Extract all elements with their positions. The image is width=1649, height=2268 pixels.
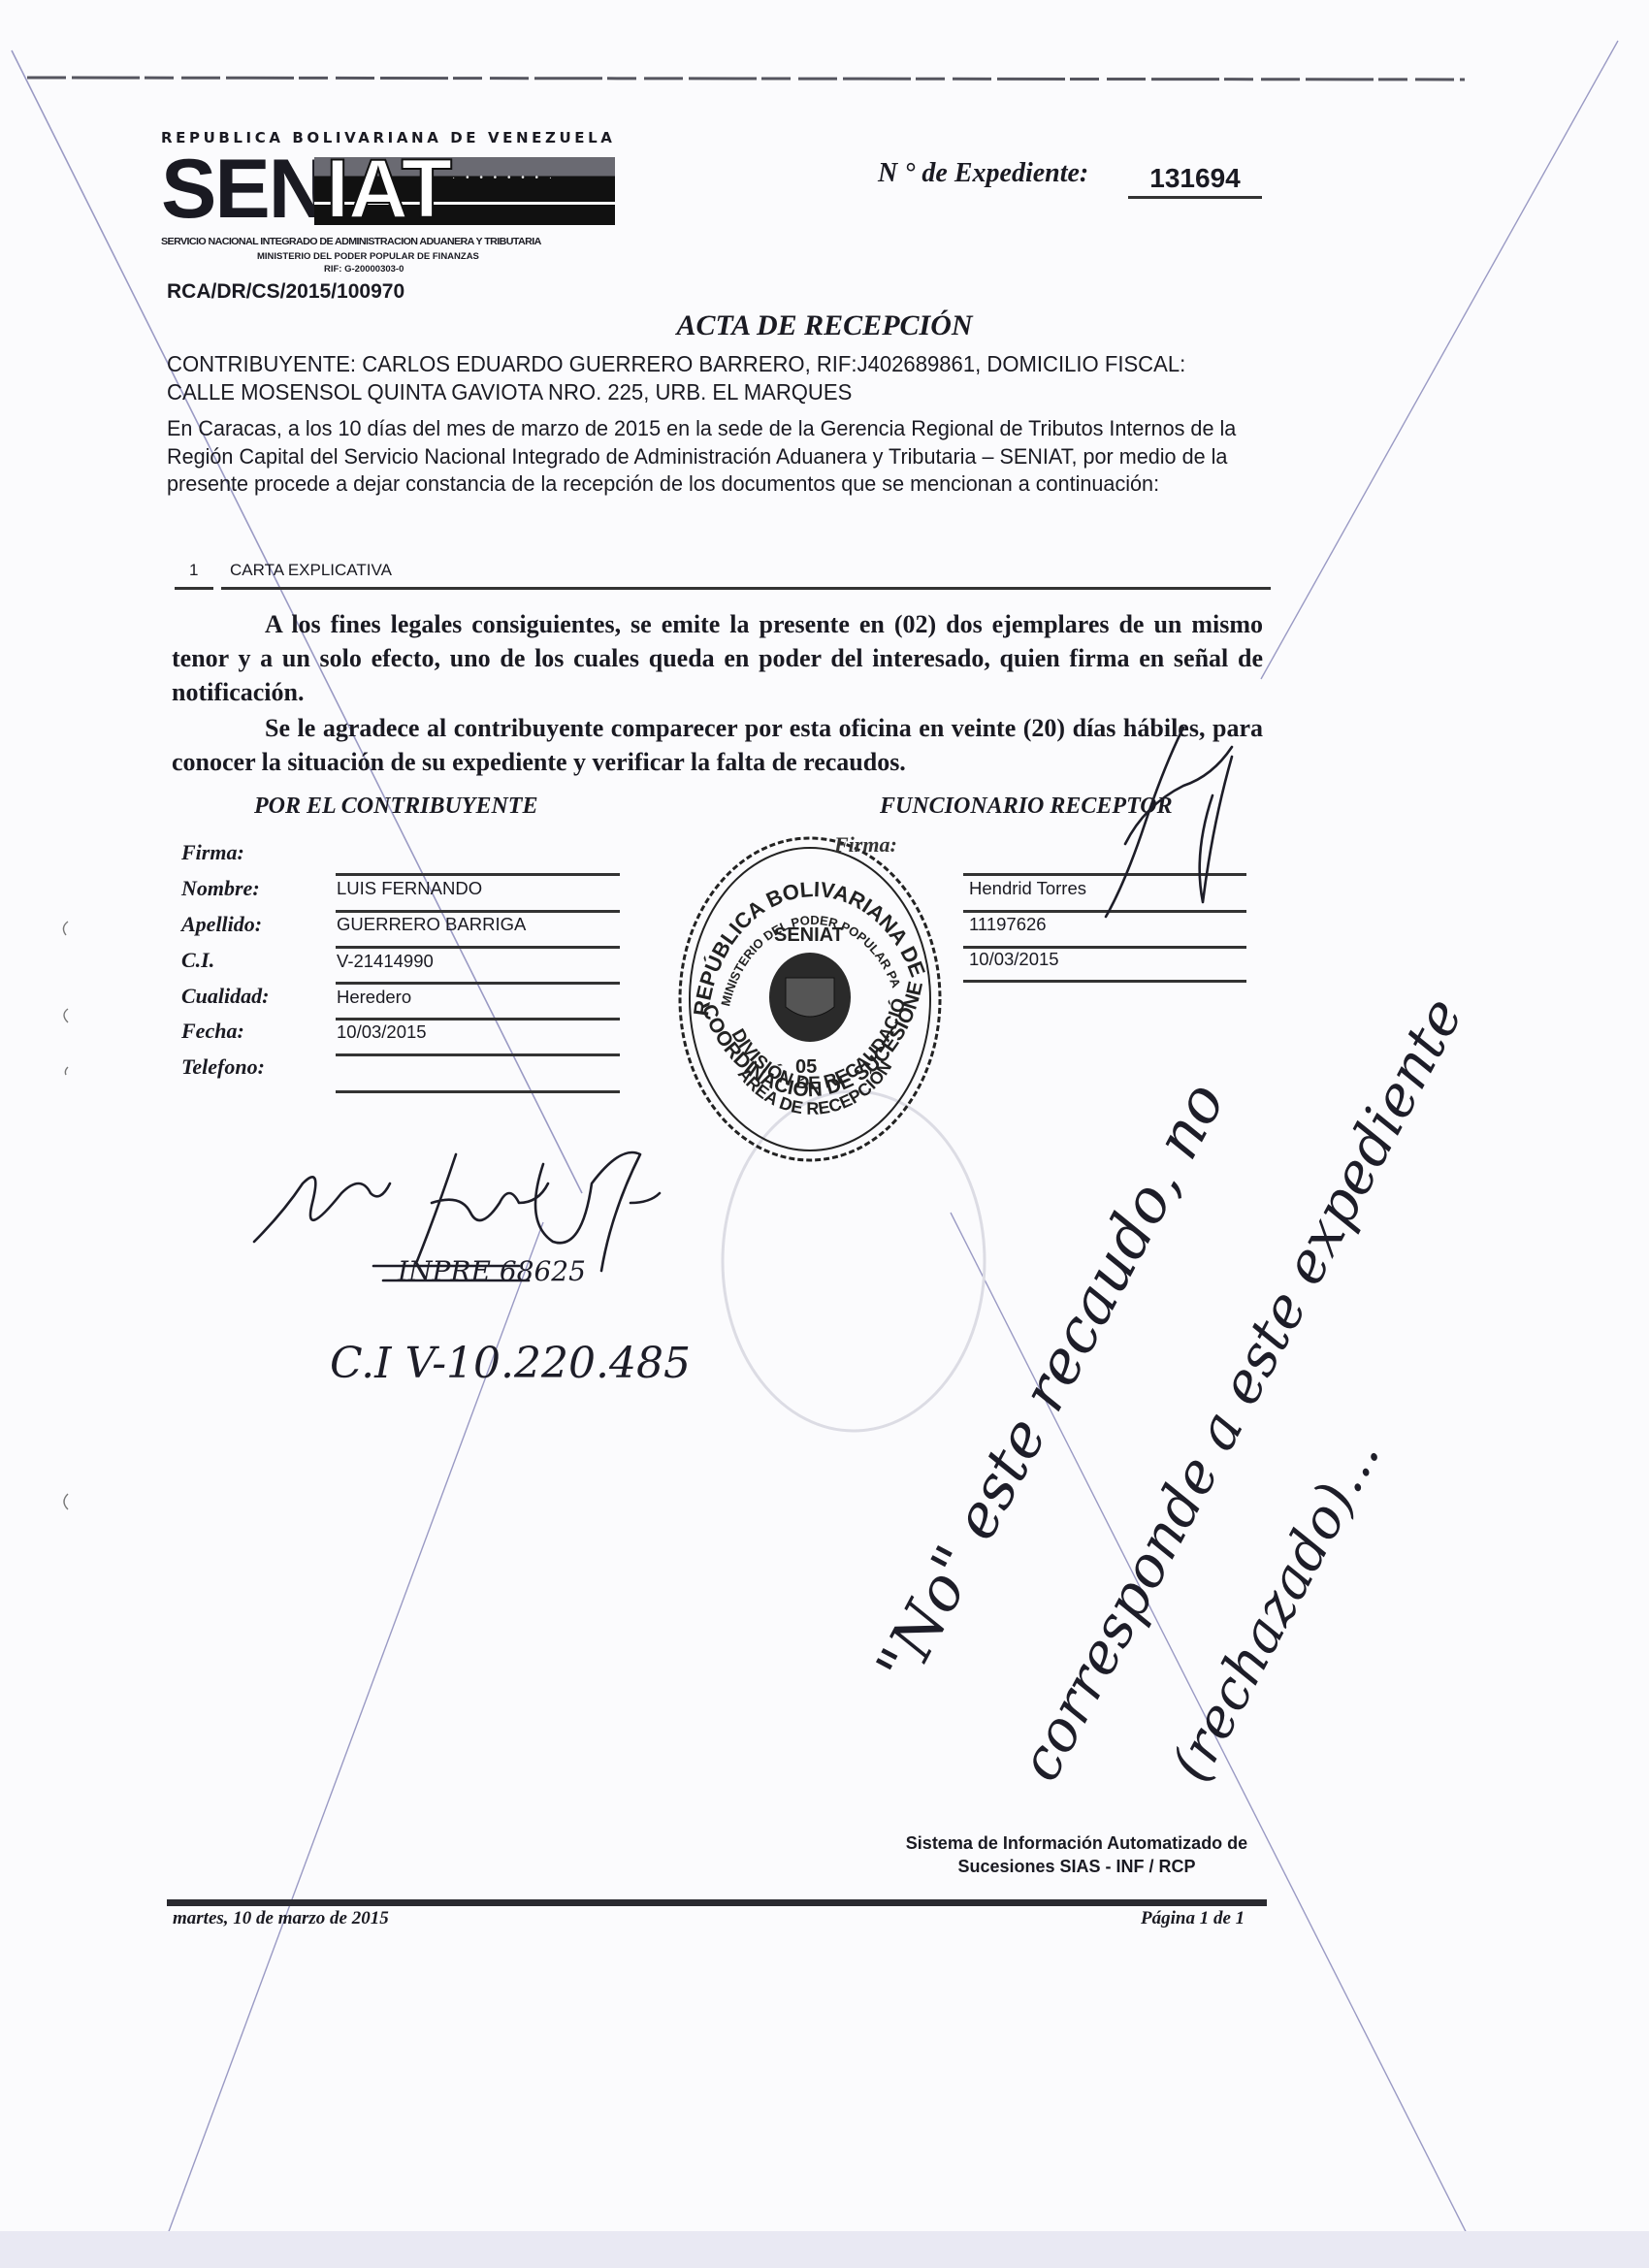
stamp-center: SENIAT <box>774 924 844 946</box>
official-nombre: Hendrid Torres <box>969 878 1086 899</box>
legal-paragraph: A los fines legales consiguientes, se em… <box>172 607 1263 709</box>
taxpayer-rule <box>336 1053 620 1056</box>
taxpayer-nombre: LUIS FERNANDO <box>337 878 482 899</box>
taxpayer-label-nombre: Nombre: <box>181 876 260 901</box>
taxpayer-heading: POR EL CONTRIBUYENTE <box>254 794 537 820</box>
taxpayer-cualidad: Heredero <box>337 987 411 1008</box>
official-heading: FUNCIONARIO RECEPTOR <box>880 794 1173 820</box>
document-list-item: 1 CARTA EXPLICATIVA <box>170 561 1271 592</box>
inpre-number: INPRE 68625 <box>397 1255 586 1287</box>
stars-icon: · • • • • • • · <box>452 173 556 183</box>
document-title: ACTA DE RECEPCIÓN <box>0 309 1649 342</box>
official-fecha: 10/03/2015 <box>969 949 1059 970</box>
system-line-1: Sistema de Información Automatizado de <box>854 1831 1300 1855</box>
official-rule <box>963 980 1246 983</box>
representative-name: Abog. Hernán Ortiz <box>242 1230 252 1233</box>
taxpayer-rule <box>336 910 620 913</box>
taxpayer-rule <box>336 982 620 985</box>
logo-text-right: IAT <box>326 146 451 233</box>
agency-name: SERVICIO NACIONAL INTEGRADO DE ADMINISTR… <box>161 236 541 247</box>
document-name: CARTA EXPLICATIVA <box>230 561 392 580</box>
taxpayer-rule <box>336 873 620 876</box>
official-ci: 11197626 <box>969 914 1047 935</box>
taxpayer-label-firma: Firma: <box>181 840 244 865</box>
taxpayer-rule <box>336 946 620 949</box>
intro-paragraph: En Caracas, a los 10 días del mes de mar… <box>167 415 1247 499</box>
expediente-label: N ° de Expediente: <box>878 158 1088 189</box>
taxpayer-rule <box>336 1090 620 1093</box>
seniat-logo: SEN IAT · • • • • • • · <box>161 153 615 225</box>
note-line-3: (rechazado)... <box>1159 1427 1393 1791</box>
official-rule <box>963 910 1246 913</box>
taxpayer-apellido: GUERRERO BARRIGA <box>337 914 526 935</box>
system-footer: Sistema de Información Automatizado de S… <box>854 1831 1300 1878</box>
taxpayer-fecha: 10/03/2015 <box>337 1021 427 1043</box>
expediente-number: 131694 <box>1128 163 1262 199</box>
taxpayer-label-ci: C.I. <box>181 948 214 973</box>
taxpayer-label-cualidad: Cualidad: <box>181 984 269 1009</box>
system-line-2: Sucesiones SIAS - INF / RCP <box>854 1855 1300 1878</box>
page-number: Página 1 de 1 <box>1141 1908 1245 1929</box>
logo-text-left: SEN <box>161 146 327 233</box>
taxpayer-label-fecha: Fecha: <box>181 1019 244 1044</box>
representative-ci: C.I V-10.220.485 <box>330 1339 691 1388</box>
stamp-overlap-label: Firma: <box>833 832 897 857</box>
footer-date: martes, 10 de marzo de 2015 <box>173 1908 389 1929</box>
taxpayer-label-apellido: Apellido: <box>181 912 262 937</box>
official-seal-stamp: REPÚBLICA BOLIVARIANA DE VENEZUELA MINIS… <box>669 832 951 1167</box>
appearance-paragraph: Se le agradece al contribuyente comparec… <box>172 711 1263 779</box>
footer-divider <box>167 1899 1267 1906</box>
document-quantity: 1 <box>189 561 198 580</box>
taxpayer-ci: V-21414990 <box>337 951 434 972</box>
reference-number: RCA/DR/CS/2015/100970 <box>167 280 404 304</box>
taxpayer-info: CONTRIBUYENTE: CARLOS EDUARDO GUERRERO B… <box>167 350 1238 406</box>
official-rule <box>963 873 1246 876</box>
ministry-name: MINISTERIO DEL PODER POPULAR DE FINANZAS <box>257 251 479 262</box>
taxpayer-rule <box>336 1018 620 1021</box>
taxpayer-label-telefono: Telefono: <box>181 1054 265 1080</box>
note-line-2: corresponde a este expediente <box>1006 987 1475 1791</box>
agency-rif: RIF: G-20000303-0 <box>324 264 404 275</box>
